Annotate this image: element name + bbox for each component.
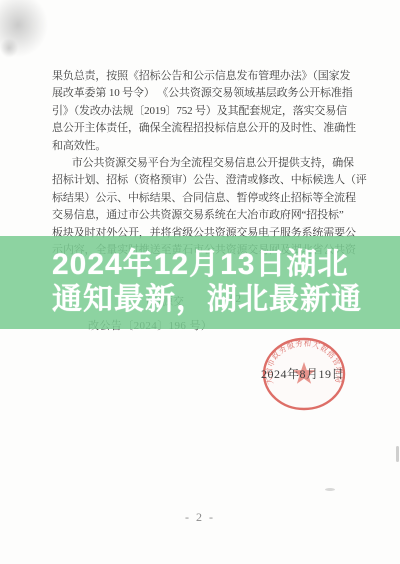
document-line: 标结果）公示、中标结果、合同信息、暂停或终止招标等全流程 xyxy=(52,190,356,207)
document-page: 果负总责，按照《招标公告和公示信息发布管理办法》（国家发 展改革委第 10 号令… xyxy=(0,0,400,564)
banner-title-line2: 通知最新，湖北最新通 xyxy=(52,282,362,317)
banner-title: 2024年12月13日湖北 通知最新，湖北最新通 xyxy=(52,247,362,317)
document-line: 交易信息，通过市公共资源交易系统在大冶市政府网“招投标” xyxy=(52,207,356,224)
banner-title-line1: 2024年12月13日湖北 xyxy=(52,247,362,282)
scan-smudge xyxy=(0,34,22,62)
stamp-date: 2024年8月19日 xyxy=(261,365,344,382)
document-line: 和高效性。 xyxy=(52,138,356,155)
document-line: 招标计划、招标（资格预审）公告、澄清或修改、中标候选人（评 xyxy=(52,172,356,189)
document-line: 息公开主体责任，确保全流程招投标信息公开的及时性、准确性 xyxy=(52,120,356,137)
document-body: 果负总责，按照《招标公告和公示信息发布管理办法》（国家发 展改革委第 10 号令… xyxy=(52,68,356,259)
page-number: - 2 - xyxy=(0,510,400,525)
scan-artifact xyxy=(325,488,335,491)
document-line: 引》（发改办法规〔2019〕752 号）及其配套规定，落实交易信 xyxy=(52,103,356,120)
scan-artifact xyxy=(396,446,399,462)
document-line: 市公共资源交易平台为全流程交易信息公开提供支持，确保 xyxy=(52,155,356,172)
document-line: 果负总责，按照《招标公告和公示信息发布管理办法》（国家发 xyxy=(52,68,356,85)
document-line: 展改革委第 10 号令） 《公共资源交易领域基层政务公开标准指 xyxy=(52,85,356,102)
